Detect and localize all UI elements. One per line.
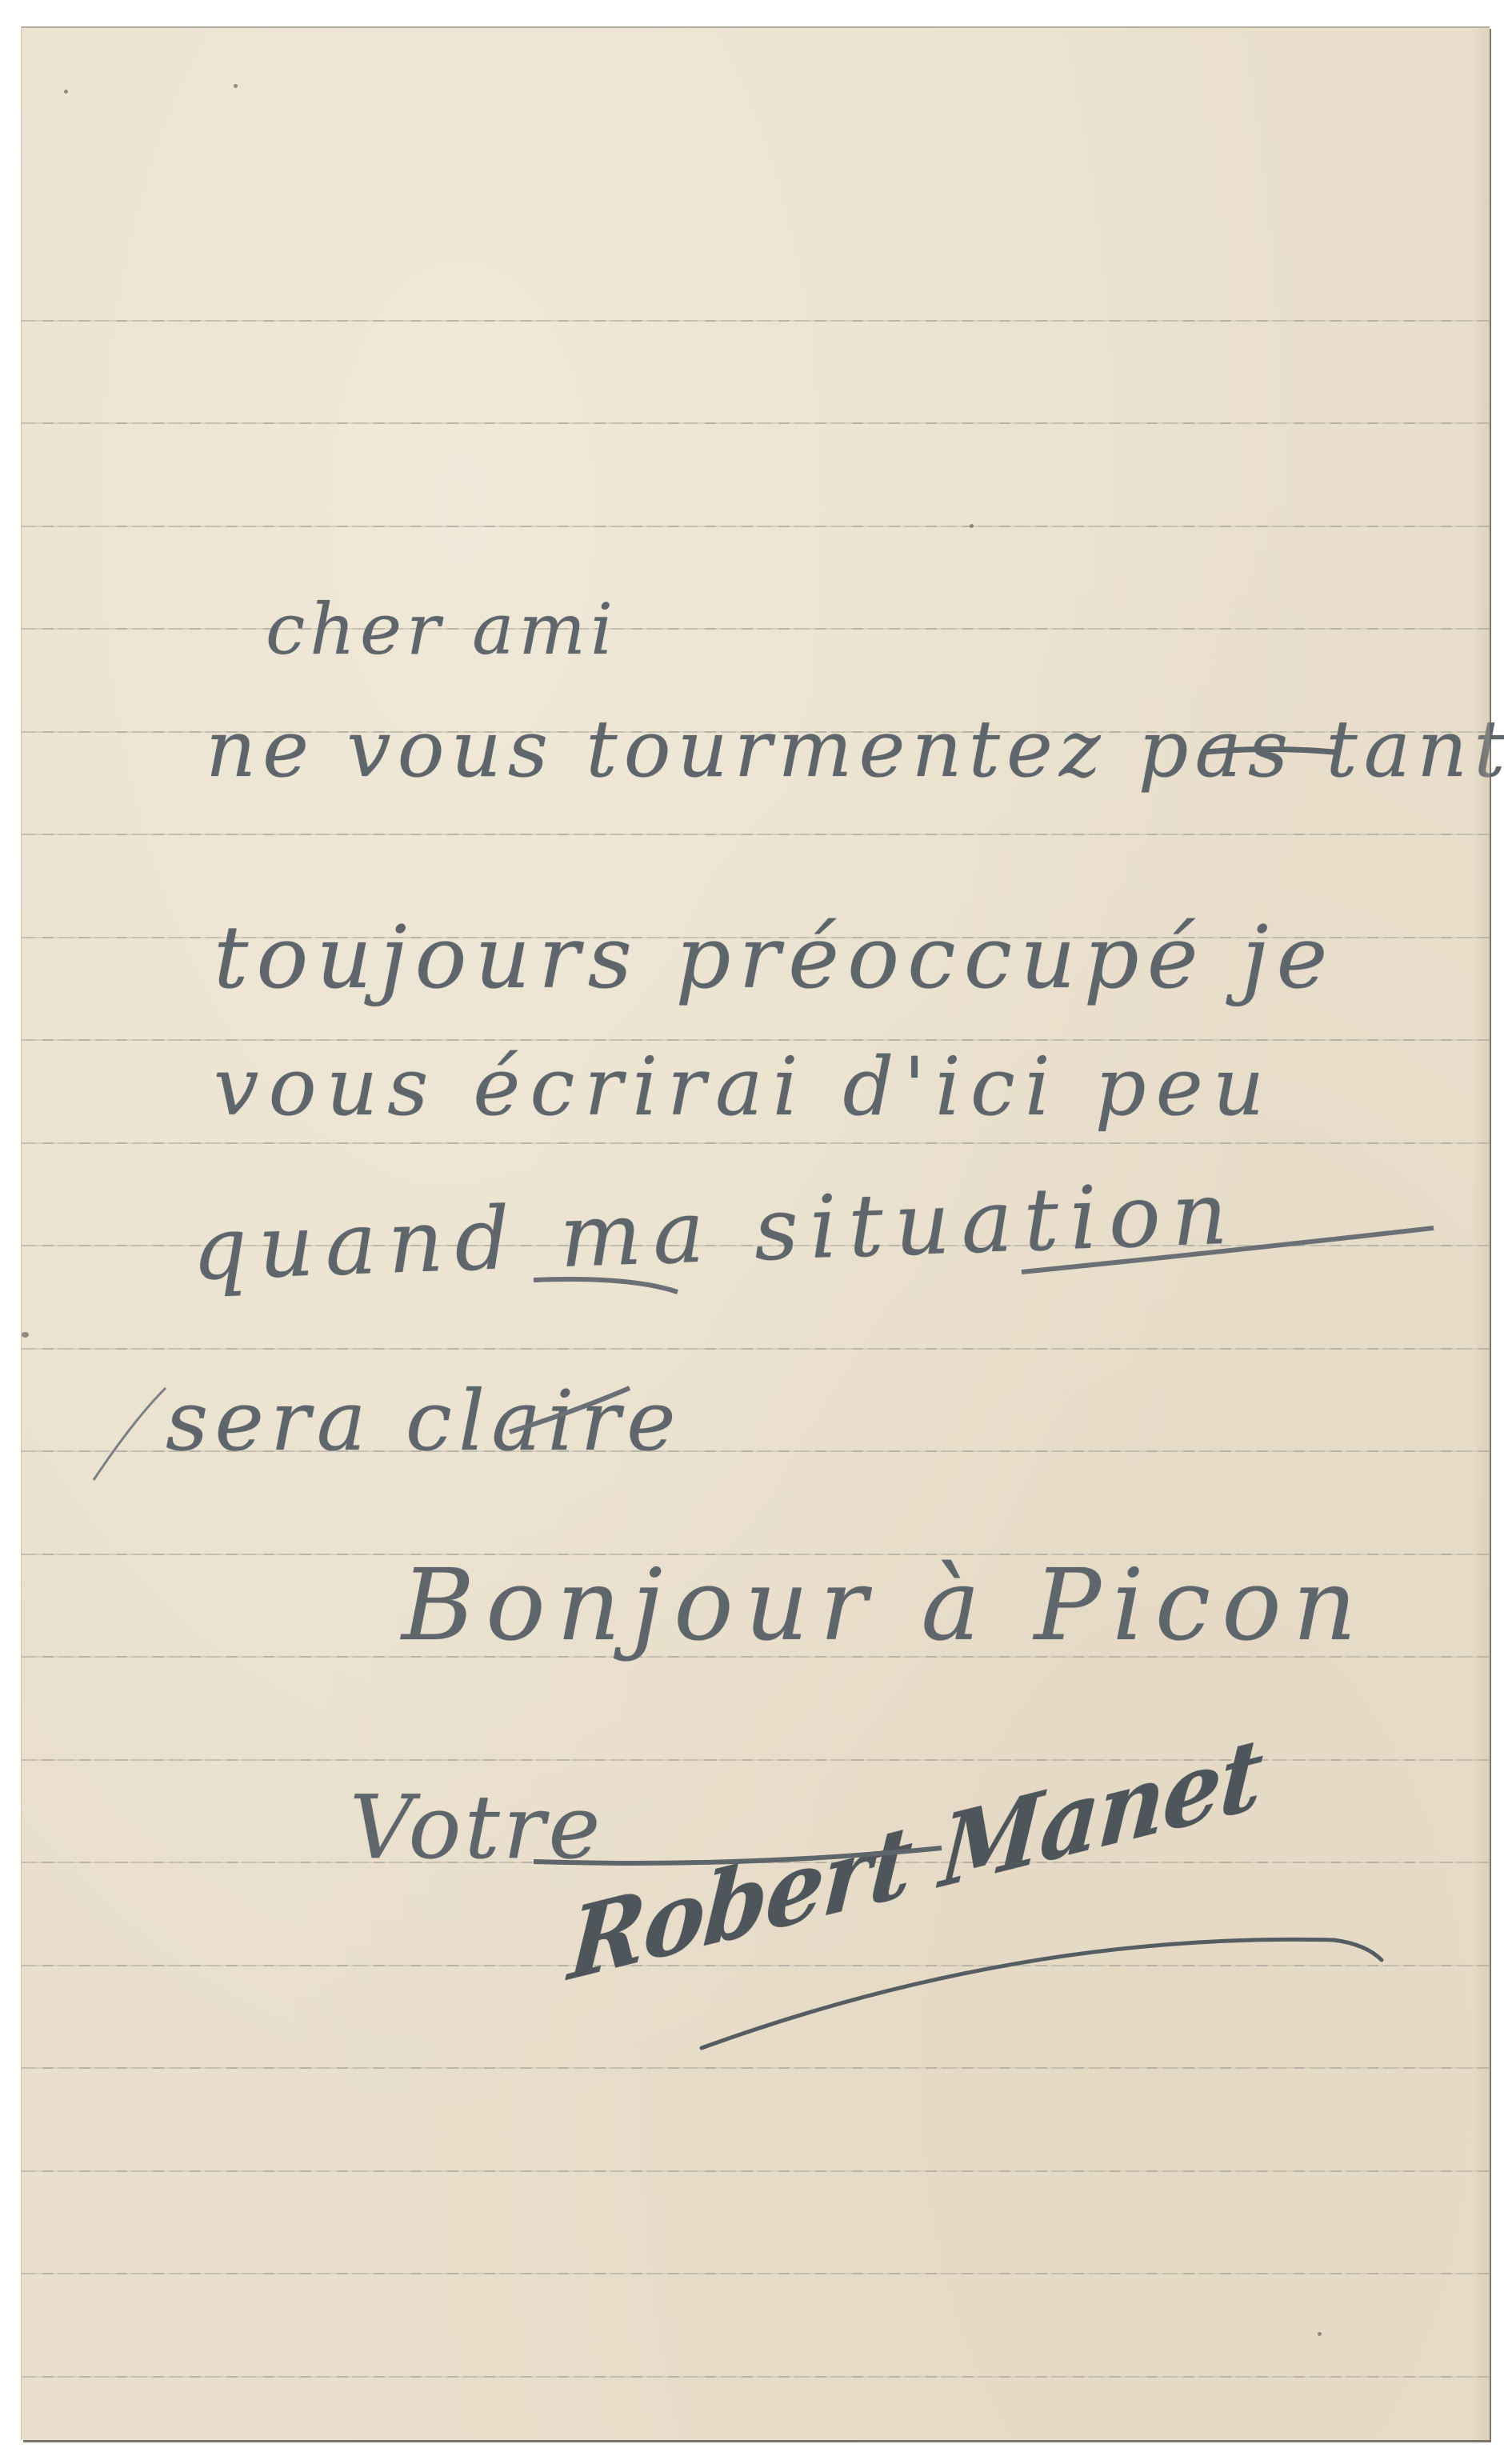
pencil-strokes [22, 28, 1490, 2440]
letter-paper: cher ami ne vous tourmentez pas tant tou… [22, 26, 1490, 2440]
